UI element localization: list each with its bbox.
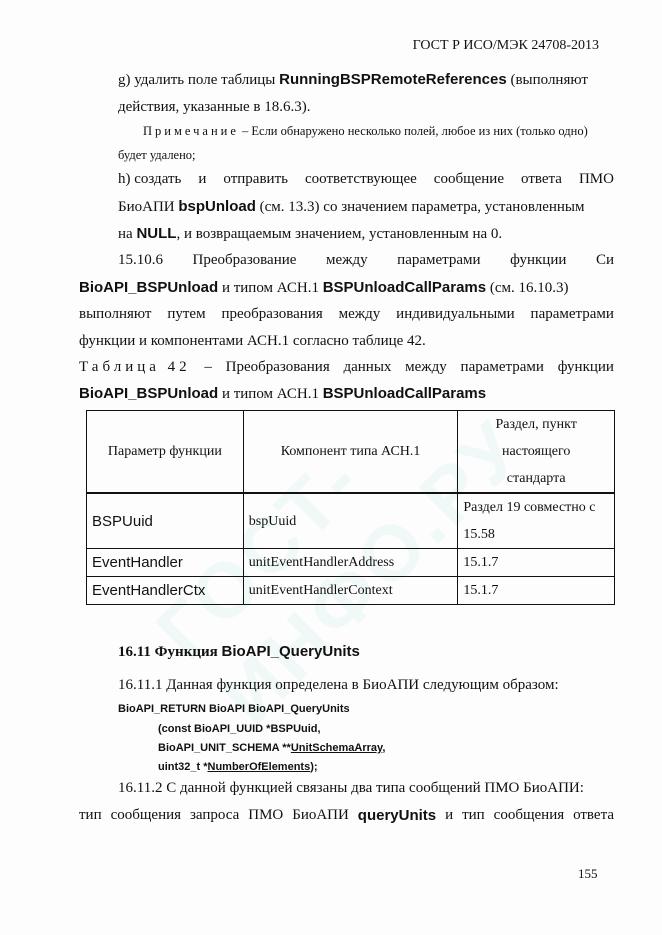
page-number: 155 [578,866,598,882]
word: ПМО [248,807,283,824]
bold-identifier: BSPUnloadCallParams [323,385,486,402]
word: сообщение [434,171,504,188]
word: и [198,171,206,188]
table-cell: 15.1.7 [458,577,615,605]
text: uint32_t * [158,761,208,773]
word: между [326,252,368,269]
word: h) создать [118,171,181,188]
table-caption-line1: Таблица 42 – Преобразования данных между… [79,359,614,376]
word: индивидуальными [396,306,515,323]
text: и типом АСН.1 [218,386,323,402]
word: между [339,306,381,323]
text: , и возвращаемым значением, установленны… [176,226,502,242]
bold-identifier: NULL [136,225,176,242]
table-row: BSPUuid bspUuid Раздел 19 совместно с 15… [87,493,615,549]
caption-label: Таблица 42 [79,359,191,376]
text: – Если обнаружено несколько полей, любое… [239,124,588,138]
code-line-1: BioAPI_RETURN BioAPI BioAPI_QueryUnits [118,703,350,715]
word: Преобразования [226,359,330,376]
bold-identifier: queryUnits [358,807,436,824]
word: сообщения [494,807,564,824]
table-cell: EventHandlerCtx [87,577,244,605]
code-line-4: uint32_t *NumberOfElements); [158,761,318,773]
header-cell: Компонент типа АСН.1 [243,411,458,494]
paragraph-16-11-1: 16.11.1 Данная функция определена в БиоА… [118,677,559,694]
word: соответствующее [305,171,417,188]
word: сообщения [111,807,181,824]
header-cell: Параметр функции [87,411,244,494]
word: функции [510,252,566,269]
table-cell: unitEventHandlerContext [243,577,458,605]
table-cell: unitEventHandlerAddress [243,549,458,577]
item-g-line1: g) удалить поле таблицы RunningBSPRemote… [118,71,588,89]
heading-number: 16.11 Функция [118,644,222,660]
text: (выполняют [507,72,588,88]
table-row: EventHandler unitEventHandlerAddress 15.… [87,549,615,577]
word: БиоАПИ [292,807,349,824]
text: на [118,226,136,242]
word: и [445,807,453,824]
bold-identifier: BioAPI_BSPUnload [79,385,218,402]
word: путем [167,306,205,323]
section-15-10-6-line4: функции и компонентами АСН.1 согласно та… [79,333,426,350]
header-cell: Раздел, пункт настоящего стандарта [458,411,615,494]
text: (см. 13.3) со значением параметра, устан… [256,199,585,215]
word: Преобразование [193,252,297,269]
code-line-3: BioAPI_UNIT_SCHEMA **UnitSchemaArray, [158,742,385,754]
table-cell: BSPUuid [87,493,244,549]
table-42: Параметр функции Компонент типа АСН.1 Ра… [86,410,615,605]
word: тип [79,807,102,824]
word: Си [596,252,614,269]
item-h-line3: на NULL, и возвращаемым значением, устан… [118,225,502,243]
word: параметрами [397,252,480,269]
word: параметрами [531,306,614,323]
word: тип [462,807,485,824]
table-row: EventHandlerCtx unitEventHandlerContext … [87,577,615,605]
note-line1: Примечание – Если обнаружено несколько п… [143,124,588,139]
word: – [204,359,212,376]
section-15-10-6-line2: BioAPI_BSPUnload и типом АСН.1 BSPUnload… [79,279,569,297]
word: преобразования [221,306,322,323]
bold-identifier: RunningBSPRemoteReferences [279,71,507,88]
item-h-line2: БиоАПИ bspUnload (см. 13.3) со значением… [118,198,584,216]
word: между [405,359,447,376]
note-label: Примечание [143,124,239,138]
section-16-11-heading: 16.11 Функция BioAPI_QueryUnits [118,643,360,661]
text: и типом АСН.1 [218,280,323,296]
section-15-10-6-line3: выполняют путем преобразования между инд… [79,306,614,323]
code-line-2: (const BioAPI_UUID *BSPUuid, [158,723,321,735]
word: ответа [521,171,562,188]
table-header-row: Параметр функции Компонент типа АСН.1 Ра… [87,411,615,494]
word: запроса [190,807,239,824]
word: 15.10.6 [118,252,163,269]
text: БиоАПИ [118,199,178,215]
table-cell: EventHandler [87,549,244,577]
word: данных [343,359,391,376]
word: выполняют [79,306,151,323]
table-cell: Раздел 19 совместно с 15.58 [458,493,615,549]
bold-identifier: BioAPI_BSPUnload [79,279,218,296]
param-name: NumberOfElements [208,761,311,773]
text: (см. 16.10.3) [486,280,568,296]
table-caption-line2: BioAPI_BSPUnload и типом АСН.1 BSPUnload… [79,385,486,403]
word: функции [558,359,614,376]
bold-identifier: BSPUnloadCallParams [323,279,486,296]
item-h-line1: h) создать и отправить соответствующее с… [118,171,614,188]
bold-identifier: BioAPI_QueryUnits [222,643,360,660]
item-g-line2: действия, указанные в 18.6.3). [118,99,310,116]
paragraph-16-11-2-line1: 16.11.2 С данной функцией связаны два ти… [118,780,614,797]
note-line2: будет удалено; [118,148,196,163]
table-cell: 15.1.7 [458,549,615,577]
document-id: ГОСТ Р ИСО/МЭК 24708-2013 [413,38,599,54]
word: ответа [573,807,614,824]
text: BioAPI_UNIT_SCHEMA ** [158,742,291,754]
word: отправить [223,171,288,188]
table-cell: bspUuid [243,493,458,549]
word: параметрами [461,359,544,376]
bold-identifier: bspUnload [178,198,256,215]
param-name: UnitSchemaArray [291,742,383,754]
text: ); [310,761,317,773]
section-15-10-6-line1: 15.10.6 Преобразование между параметрами… [118,252,614,269]
text: g) удалить поле таблицы [118,72,279,88]
paragraph-16-11-2-line2: тип сообщения запроса ПМО БиоАПИ queryUn… [79,807,614,824]
word: ПМО [579,171,614,188]
text: , [382,742,385,754]
